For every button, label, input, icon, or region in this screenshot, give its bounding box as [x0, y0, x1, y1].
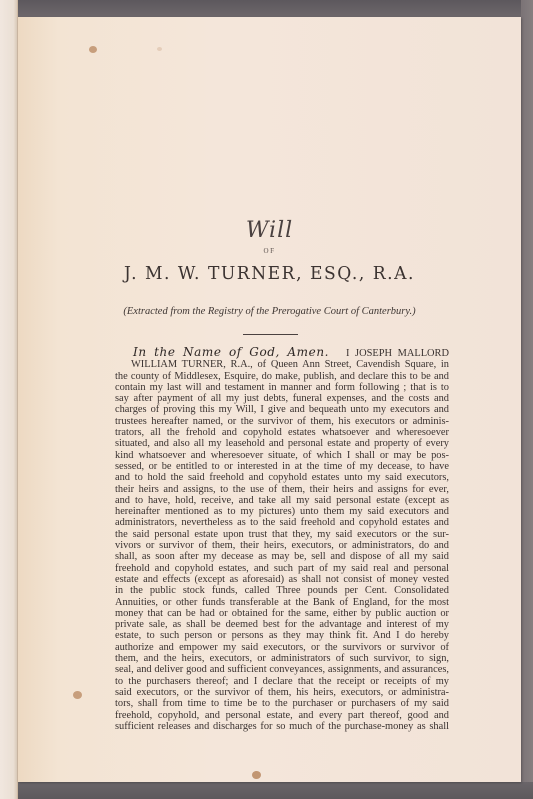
body-line: said executors, or the survivor of them,…	[115, 687, 449, 698]
book-page: Will OF J. M. W. TURNER, ESQ., R.A. (Ext…	[18, 17, 521, 782]
will-body-text: In the Name of God, Amen. I JOSEPH MALLO…	[115, 347, 449, 732]
body-line: trators, all the frehold and copyhold es…	[115, 427, 449, 438]
body-line: authorize and empower my said executors,…	[115, 642, 449, 653]
body-line: contain my last will and testament in ma…	[115, 382, 449, 393]
body-line: freehold, copyhold, and personal estate,…	[115, 710, 449, 721]
body-line: situated, and also all my leasehold and …	[115, 438, 449, 449]
body-line: shall, as soon after my decease as may b…	[115, 551, 449, 562]
body-line: estate, to such person or persons as the…	[115, 630, 449, 641]
extract-note: (Extracted from the Registry of the Prer…	[18, 306, 521, 317]
body-line: the county of Middlesex, Esquire, do mak…	[115, 371, 449, 382]
body-line: say after payment of all my just debts, …	[115, 393, 449, 404]
background-bottom	[0, 782, 533, 799]
invocation: In the Name of God, Amen.	[133, 345, 329, 359]
body-line: tors, shall from time to time be to the …	[115, 698, 449, 709]
body-line: In the Name of God, Amen. I JOSEPH MALLO…	[115, 347, 449, 359]
body-line: them, and the heirs, executors, or admin…	[115, 653, 449, 664]
body-line: kind whatsoever and wheresoever situate,…	[115, 450, 449, 461]
body-line: and to hold the said freehold and copyho…	[115, 472, 449, 483]
body-line: in the public stock funds, called Three …	[115, 585, 449, 596]
background-right	[521, 0, 533, 799]
body-line: their heirs and assigns, to the use of t…	[115, 484, 449, 495]
body-line: to the purchasers thereof; and I declare…	[115, 676, 449, 687]
subject-name: J. M. W. TURNER, ESQ., R.A.	[31, 263, 509, 284]
divider-rule	[243, 334, 298, 335]
left-page-edge	[0, 0, 18, 799]
body-line: trustees hereafter named, or the survivo…	[115, 416, 449, 427]
background-top	[0, 0, 533, 18]
body-line: charges of proving this my Will, I give …	[115, 404, 449, 415]
body-line: sessed, or be entitled to or interested …	[115, 461, 449, 472]
body-line: sufficient releases and discharges for s…	[115, 721, 449, 732]
body-line: administrators, nevertheless as to the s…	[115, 517, 449, 528]
body-line: Annuities, or other funds transferable a…	[115, 597, 449, 608]
body-line: freehold and copyhold estates, and such …	[115, 563, 449, 574]
document-title: Will	[18, 218, 521, 243]
body-line: seal, and deliver good and sufficient co…	[115, 664, 449, 675]
body-line: private sale, as shall be deemed best fo…	[115, 619, 449, 630]
body-line: vivors or survivor of them, their heirs,…	[115, 540, 449, 551]
body-line: hereinafter mentioned as to my pictures)…	[115, 506, 449, 517]
body-line: WILLIAM TURNER, R.A., of Queen Ann Stree…	[115, 359, 449, 370]
of-label: OF	[18, 247, 521, 255]
body-line: the said personal estate upon trust that…	[115, 529, 449, 540]
body-line: and to have, hold, receive, and take all…	[115, 495, 449, 506]
body-line: money that can be had or obtained for th…	[115, 608, 449, 619]
page-content: Will OF J. M. W. TURNER, ESQ., R.A. (Ext…	[18, 17, 521, 782]
body-line: estate and effects (except as aforesaid)…	[115, 574, 449, 585]
